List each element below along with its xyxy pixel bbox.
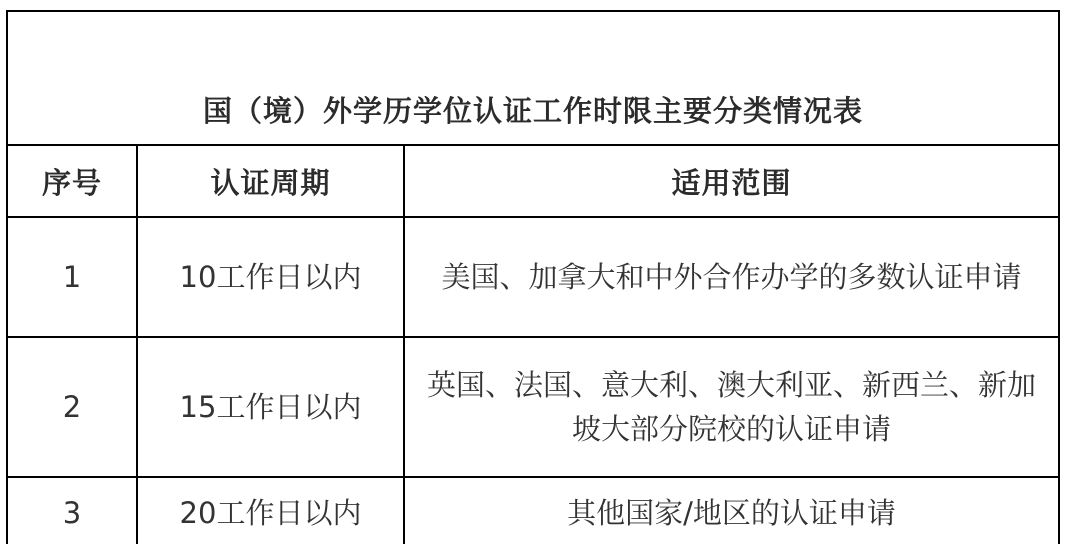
certification-time-limit-table-container: 国（境）外学历学位认证工作时限主要分类情况表 序号 认证周期 适用范围 1 10… [6,10,1060,544]
certification-time-limit-table: 国（境）外学历学位认证工作时限主要分类情况表 序号 认证周期 适用范围 1 10… [6,10,1060,544]
row-scope-cell: 美国、加拿大和中外合作办学的多数认证申请 [404,217,1059,337]
table-title: 国（境）外学历学位认证工作时限主要分类情况表 [7,11,1059,145]
row-scope-cell: 其他国家/地区的认证申请 [404,477,1059,544]
row-period-cell: 15工作日以内 [137,337,404,477]
row-scope-text: 英国、法国、意大利、澳大利亚、新西兰、新加坡大部分院校的认证申请 [422,363,1042,451]
row-period-cell: 10工作日以内 [137,217,404,337]
column-header-scope: 适用范围 [404,145,1059,217]
table-row: 2 15工作日以内 英国、法国、意大利、澳大利亚、新西兰、新加坡大部分院校的认证… [7,337,1059,477]
row-index-cell: 2 [7,337,137,477]
row-index-cell: 1 [7,217,137,337]
row-scope-text: 其他国家/地区的认证申请 [567,491,896,535]
table-row: 1 10工作日以内 美国、加拿大和中外合作办学的多数认证申请 [7,217,1059,337]
header-row: 序号 认证周期 适用范围 [7,145,1059,217]
table-row: 3 20工作日以内 其他国家/地区的认证申请 [7,477,1059,544]
column-header-index: 序号 [7,145,137,217]
row-scope-cell: 英国、法国、意大利、澳大利亚、新西兰、新加坡大部分院校的认证申请 [404,337,1059,477]
row-index-cell: 3 [7,477,137,544]
column-header-period: 认证周期 [137,145,404,217]
row-scope-text: 美国、加拿大和中外合作办学的多数认证申请 [441,255,1021,299]
title-row: 国（境）外学历学位认证工作时限主要分类情况表 [7,11,1059,145]
row-period-cell: 20工作日以内 [137,477,404,544]
